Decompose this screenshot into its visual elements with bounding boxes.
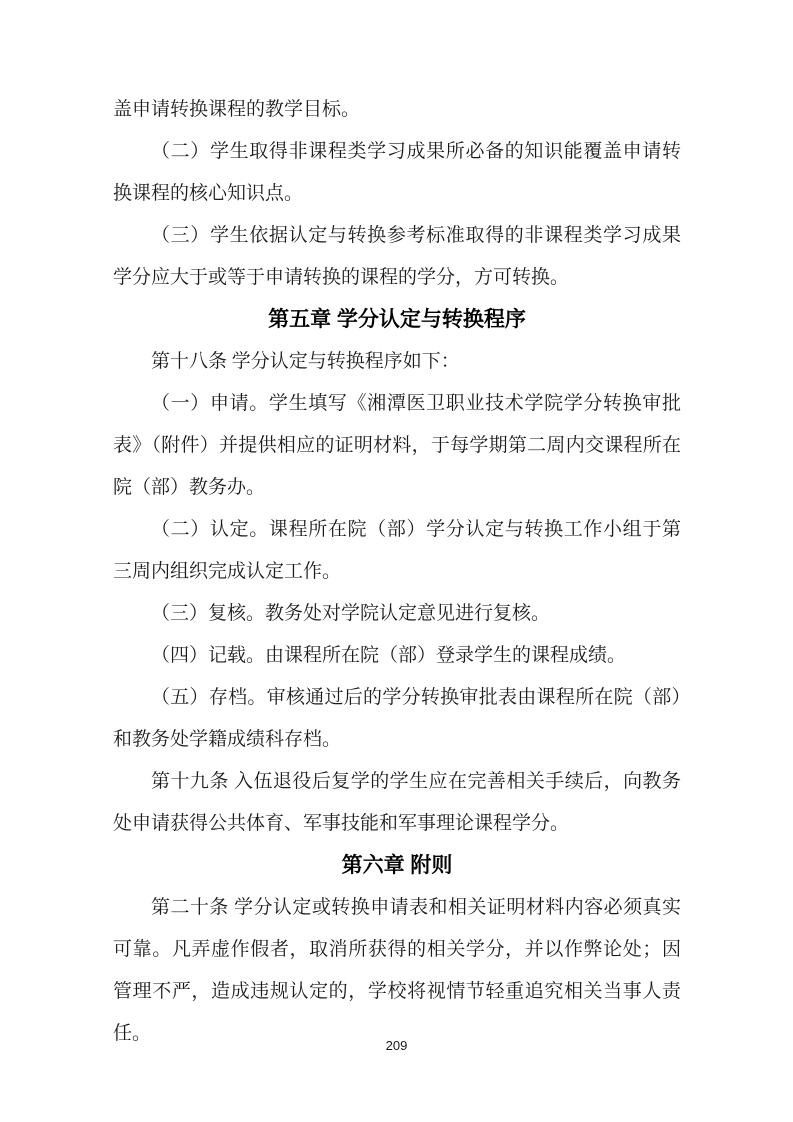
paragraph: 第十九条 入伍退役后复学的学生应在完善相关手续后，向教务处申请获得公共体育、军事… <box>113 761 681 845</box>
chapter-heading: 第六章 附则 <box>113 845 681 887</box>
chapter-heading: 第五章 学分认定与转换程序 <box>113 299 681 341</box>
paragraph: （四）记载。由课程所在院（部）登录学生的课程成绩。 <box>113 635 681 677</box>
paragraph: （三）复核。教务处对学院认定意见进行复核。 <box>113 593 681 635</box>
paragraph: 第二十条 学分认定或转换申请表和相关证明材料内容必须真实可靠。凡弄虚作假者，取消… <box>113 887 681 1055</box>
page-number: 209 <box>386 1038 408 1053</box>
paragraph: 盖申请转换课程的教学目标。 <box>113 89 681 131</box>
paragraph: （三）学生依据认定与转换参考标准取得的非课程类学习成果学分应大于或等于申请转换的… <box>113 215 681 299</box>
paragraph: （二）学生取得非课程类学习成果所必备的知识能覆盖申请转换课程的核心知识点。 <box>113 131 681 215</box>
page-footer: 209 <box>0 1036 793 1056</box>
document-page: 盖申请转换课程的教学目标。（二）学生取得非课程类学习成果所必备的知识能覆盖申请转… <box>0 0 793 1122</box>
paragraph: （一）申请。学生填写《湘潭医卫职业技术学院学分转换审批表》（附件）并提供相应的证… <box>113 383 681 509</box>
paragraph: （五）存档。审核通过后的学分转换审批表由课程所在院（部）和教务处学籍成绩科存档。 <box>113 677 681 761</box>
document-body: 盖申请转换课程的教学目标。（二）学生取得非课程类学习成果所必备的知识能覆盖申请转… <box>113 89 681 1055</box>
paragraph: 第十八条 学分认定与转换程序如下： <box>113 341 681 383</box>
paragraph: （二）认定。课程所在院（部）学分认定与转换工作小组于第三周内组织完成认定工作。 <box>113 509 681 593</box>
